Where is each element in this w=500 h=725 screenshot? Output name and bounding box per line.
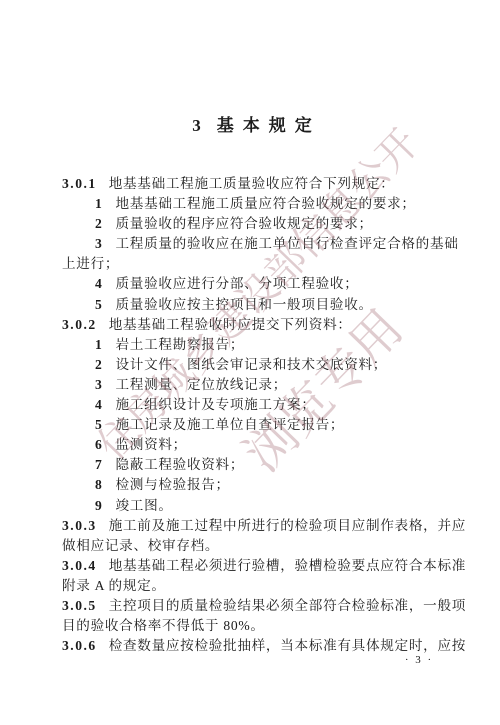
continuation-line: 做相应记录、校审存档。 [62,536,444,556]
line-number: 5 [95,417,103,432]
line-text: 工程测量、定位放线记录； [116,377,288,392]
line-number: 3.0.3 [62,518,97,533]
document-page: 住房城乡建设部信息公开 浏览专用 3基本规定 3.0.1地基基础工程施工质量验收… [0,0,500,725]
item-line: 1地基基础工程施工质量应符合验收规定的要求； [62,194,444,214]
item-line: 5质量验收应按主控项目和一般项目验收。 [62,295,444,315]
line-text: 检查数量应按检验批抽样，当本标准有具体规定时，应按 [109,638,466,653]
clause-line: 3.0.3施工前及施工过程中所进行的检验项目应制作表格，并应 [62,516,444,536]
line-number: 4 [95,276,103,291]
line-number: 4 [95,397,103,412]
section-title: 3基本规定 [62,111,442,136]
item-line: 3工程质量的验收应在施工单位自行检查评定合格的基础 [62,234,444,254]
line-number: 3 [95,377,103,392]
line-text: 施工组织设计及专项施工方案； [116,397,316,412]
line-text: 监测资料； [116,437,187,452]
page-number: · 3 · [396,654,442,666]
line-number: 3 [95,236,103,251]
line-number: 2 [95,357,103,372]
continuation-line: 附录 A 的规定。 [62,576,444,596]
item-line: 2质量验收的程序应符合验收规定的要求； [62,214,444,234]
line-number: 1 [95,337,103,352]
item-line: 4施工组织设计及专项施工方案； [62,395,444,415]
clause-line: 3.0.2地基基础工程验收时应提交下列资料： [62,315,444,335]
line-number: 6 [95,437,103,452]
section-title-text: 基本规定 [217,116,321,135]
line-text: 目的验收合格率不得低于 80%。 [62,618,265,633]
line-text: 质量验收的程序应符合验收规定的要求； [116,216,373,231]
line-number: 9 [95,498,103,513]
line-text: 质量验收应按主控项目和一般项目验收。 [116,297,373,312]
line-number: 8 [95,477,103,492]
item-line: 7隐蔽工程验收资料； [62,455,444,475]
line-text: 检测与检验报告； [116,477,230,492]
line-number: 5 [95,297,103,312]
line-text: 施工记录及施工单位自查评定报告； [116,417,345,432]
line-text: 地基基础工程施工质量验收应符合下列规定： [109,176,395,191]
line-text: 施工前及施工过程中所进行的检验项目应制作表格，并应 [109,518,466,533]
clause-line: 3.0.1地基基础工程施工质量验收应符合下列规定： [62,174,444,194]
line-number: 3.0.4 [62,558,97,573]
line-text: 地基基础工程必须进行验槽，验槽检验要点应符合本标准 [109,558,466,573]
line-number: 1 [95,196,103,211]
line-text: 做相应记录、校审存档。 [62,538,219,553]
line-text: 上进行； [62,256,119,271]
line-text: 设计文件、图纸会审记录和技术交底资料； [116,357,388,372]
item-line: 3工程测量、定位放线记录； [62,375,444,395]
line-number: 3.0.2 [62,317,97,332]
item-line: 5施工记录及施工单位自查评定报告； [62,415,444,435]
line-text: 地基基础工程验收时应提交下列资料： [109,317,352,332]
clause-line: 3.0.4地基基础工程必须进行验槽，验槽检验要点应符合本标准 [62,556,444,576]
item-line: 8检测与检验报告； [62,475,444,495]
item-line: 1岩土工程勘察报告； [62,335,444,355]
continuation-line: 上进行； [62,254,444,274]
line-number: 3.0.5 [62,598,97,613]
item-line: 6监测资料； [62,435,444,455]
continuation-line: 目的验收合格率不得低于 80%。 [62,616,444,636]
line-text: 附录 A 的规定。 [62,578,166,593]
item-line: 4质量验收应进行分部、分项工程验收； [62,274,444,294]
line-text: 工程质量的验收应在施工单位自行检查评定合格的基础 [116,236,459,251]
line-number: 2 [95,216,103,231]
line-text: 岩土工程勘察报告； [116,337,245,352]
line-text: 质量验收应进行分部、分项工程验收； [116,276,359,291]
line-number: 3.0.6 [62,638,97,653]
item-line: 2设计文件、图纸会审记录和技术交底资料； [62,355,444,375]
line-text: 地基基础工程施工质量应符合验收规定的要求； [116,196,416,211]
section-number: 3 [192,116,201,135]
item-line: 9竣工图。 [62,496,444,516]
body-lines: 3.0.1地基基础工程施工质量验收应符合下列规定：1地基基础工程施工质量应符合验… [62,174,444,656]
clause-line: 3.0.6检查数量应按检验批抽样，当本标准有具体规定时，应按 [62,636,444,656]
line-number: 7 [95,457,103,472]
line-text: 竣工图。 [116,498,173,513]
line-text: 主控项目的质量检验结果必须全部符合检验标准，一般项 [109,598,466,613]
clause-line: 3.0.5主控项目的质量检验结果必须全部符合检验标准，一般项 [62,596,444,616]
line-number: 3.0.1 [62,176,97,191]
line-text: 隐蔽工程验收资料； [116,457,245,472]
